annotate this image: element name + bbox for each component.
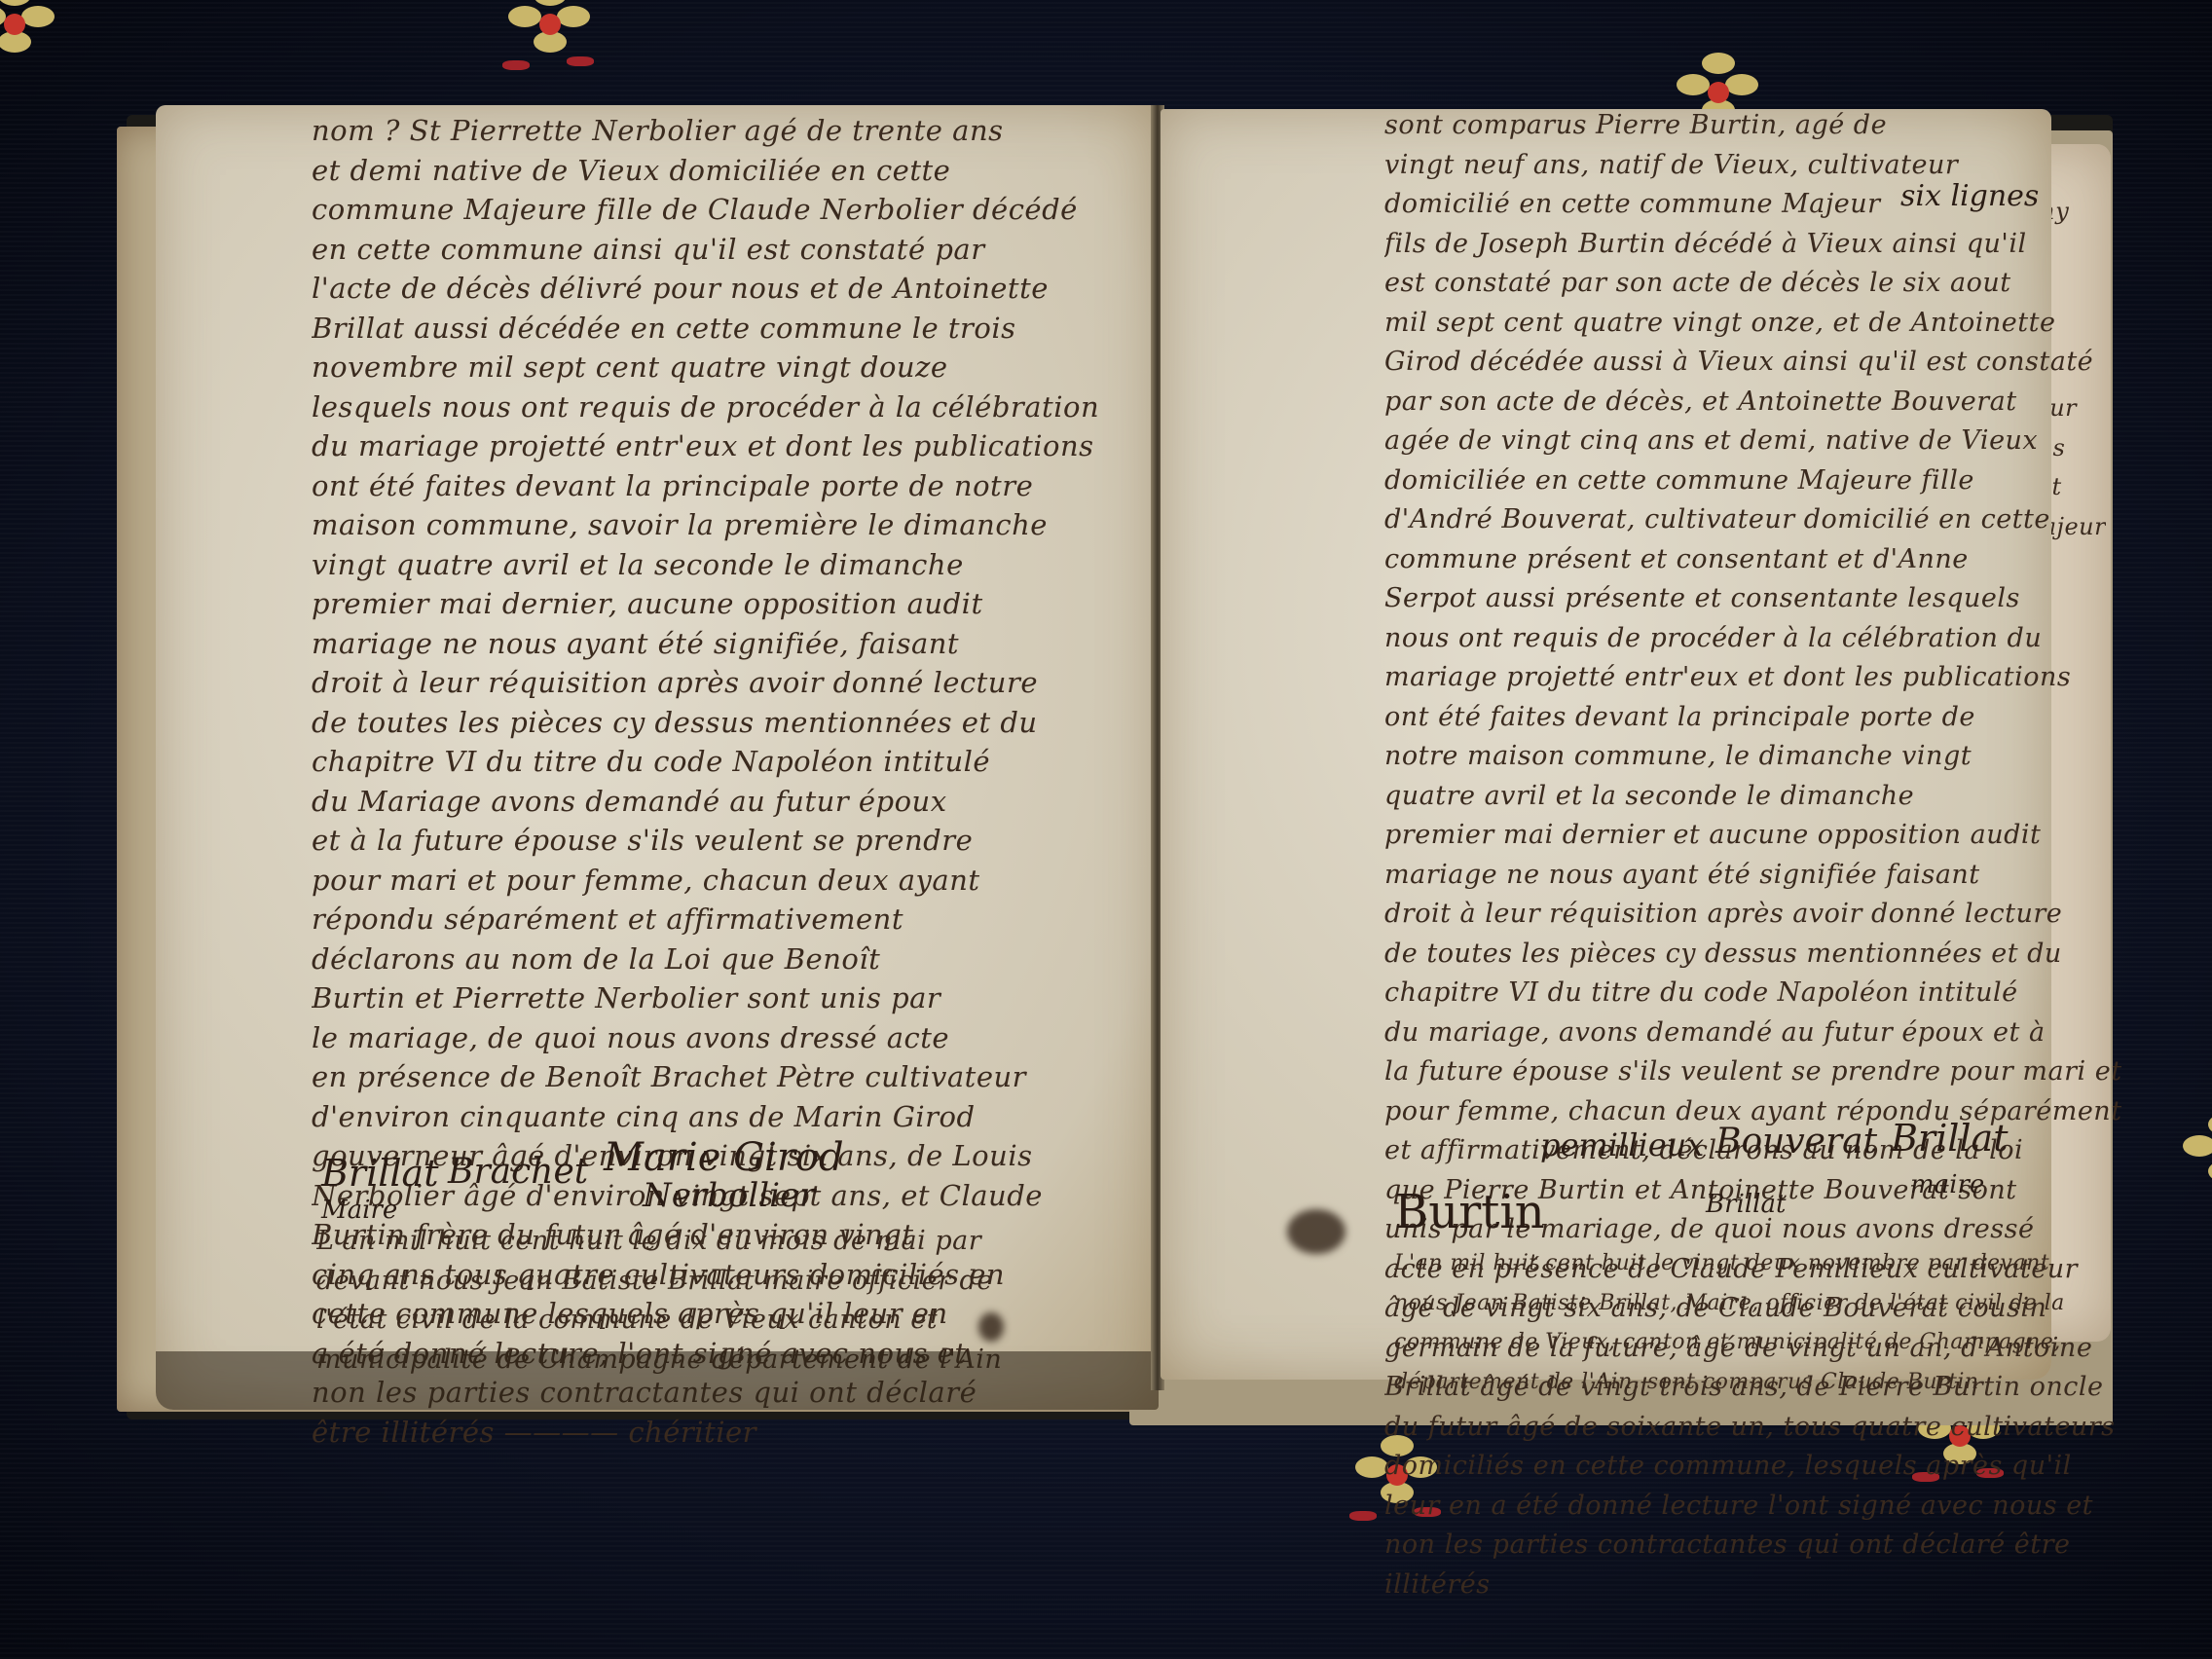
text-line: mariage ne nous ayant été signifiée fais… [1384, 857, 2122, 897]
text-line: pour mari et pour femme, chacun deux aya… [312, 861, 1099, 901]
text-line: d'environ cinquante cinq ans de Marin Gi… [312, 1097, 1099, 1137]
text-line: ont été faites devant la principale port… [1384, 699, 2122, 739]
text-line: et à la future épouse s'ils veulent se p… [312, 821, 1099, 861]
text-line: illitérés [1384, 1567, 2122, 1606]
signature-brillat-2: Brillat [1706, 1190, 1786, 1219]
text-line: domiciliés en cette commune, lesquels ap… [1384, 1448, 2122, 1488]
text-line: commune présent et consentant et d'Anne [1384, 541, 2122, 581]
text-line: est constaté par son acte de décès le si… [1384, 265, 2122, 305]
text-line: du mariage projetté entr'eux et dont les… [312, 426, 1099, 466]
signature-brillat: Brillat [321, 1152, 438, 1195]
signature-pemillieux: pemillieux [1540, 1126, 1704, 1163]
left-page: nom ? St Pierrette Nerbolier agé de tren… [156, 105, 1159, 1410]
text-line: d'André Bouverat, cultivateur domicilié … [1384, 501, 2122, 541]
text-line: Girod décédée aussi à Vieux ainsi qu'il … [1384, 344, 2122, 384]
signature-brillat: Brillat [1891, 1117, 2008, 1160]
text-line: Serpot aussi présente et consentante les… [1384, 580, 2122, 620]
text-line: déclarons au nom de la Loi que Benoît [312, 940, 1099, 979]
text-line: le mariage, de quoi nous avons dressé ac… [312, 1018, 1099, 1058]
embroidered-flower-icon [2181, 1110, 2212, 1198]
open-register-book: quante deux Phy Majeur naire avec vingt … [97, 105, 2122, 1424]
damaged-page-edge [156, 1351, 1159, 1410]
text-line: chapitre VI du titre du code Napoléon in… [1384, 975, 2122, 1014]
text-line: mariage projetté entr'eux et dont les pu… [1384, 659, 2122, 699]
text-line: du mariage, avons demandé au futur époux… [1384, 1014, 2122, 1054]
text-line: ont été faites devant la principale port… [312, 466, 1099, 506]
ink-stain [978, 1312, 1004, 1342]
ink-blot [1287, 1209, 1346, 1254]
text-line: du futur âgé de soixante un, tous quatre… [1384, 1409, 2122, 1449]
text-line: droit à leur réquisition après avoir don… [312, 663, 1099, 703]
text-line: sont comparus Pierre Burtin, agé de [1384, 107, 2122, 147]
right-page: sont comparus Pierre Burtin, agé de ving… [1161, 109, 2051, 1380]
text-line: et demi native de Vieux domiciliée en ce… [312, 151, 1099, 191]
text-line: novembre mil sept cent quatre vingt douz… [312, 348, 1099, 387]
text-line: en cette commune ainsi qu'il est constat… [312, 230, 1099, 270]
text-line: non les parties contractantes qui ont dé… [1384, 1527, 2122, 1567]
text-line: devant nous Jean Batiste Brillat maire o… [316, 1263, 1002, 1303]
text-line: par son acte de décès, et Antoinette Bou… [1384, 384, 2122, 424]
embroidered-flower-icon [0, 0, 58, 68]
text-line: nous Jean Batiste Brillat, Maire, offici… [1394, 1288, 2065, 1328]
text-line: nous ont requis de procéder à la célébra… [1384, 620, 2122, 660]
text-line: Brillat aussi décédée en cette commune l… [312, 309, 1099, 349]
text-line: l'état civil de la commune de Vieux cant… [316, 1302, 1002, 1342]
text-line: droit à leur réquisition après avoir don… [1384, 896, 2122, 936]
text-line: commune de Vieux, canton et municipalité… [1394, 1327, 2065, 1367]
text-line: L'an mil huit cent huit le dix du mois d… [316, 1223, 1002, 1263]
text-line: domiciliée en cette commune Majeure fill… [1384, 462, 2122, 502]
signature-burtin: Burtin [1394, 1185, 1545, 1239]
text-line: mariage ne nous ayant été signifiée, fai… [312, 624, 1099, 664]
text-line: maison commune, savoir la première le di… [312, 505, 1099, 545]
text-line: la future épouse s'ils veulent se prendr… [1384, 1053, 2122, 1093]
text-line: fils de Joseph Burtin décédé à Vieux ain… [1384, 226, 2122, 266]
text-line: l'acte de décès délivré pour nous et de … [312, 269, 1099, 309]
text-line: répondu séparément et affirmativement [312, 900, 1099, 940]
text-line: leur en a été donné lecture l'ont signé … [1384, 1488, 2122, 1528]
text-line: mil sept cent quatre vingt onze, et de A… [1384, 305, 2122, 345]
text-line: premier mai dernier, aucune opposition a… [312, 584, 1099, 624]
text-line: être illitérés ———— chéritier [312, 1413, 1099, 1453]
signature-maire: Maire [321, 1196, 397, 1225]
embroidered-flower-icon [506, 0, 594, 68]
signature-brachet: Brachet [448, 1152, 588, 1192]
margin-note: six lignes [1900, 179, 2039, 213]
text-line: premier mai dernier et aucune opposition… [1384, 817, 2122, 857]
text-line: lesquels nous ont requis de procéder à l… [312, 387, 1099, 427]
text-line: de toutes les pièces cy dessus mentionné… [312, 703, 1099, 743]
signature-nerbollier: Nerbollier [643, 1176, 815, 1215]
text-line: vingt quatre avril et la seconde le dima… [312, 545, 1099, 585]
text-line: L'an mil huit cent huit le vingt deux no… [1394, 1248, 2065, 1288]
right-next-entry: L'an mil huit cent huit le vingt deux no… [1394, 1248, 2065, 1406]
signature-maire: maire [1910, 1170, 1984, 1199]
text-line: du Mariage avons demandé au futur époux [312, 782, 1099, 822]
text-line: Burtin et Pierrette Nerbolier sont unis … [312, 978, 1099, 1018]
text-line: nom ? St Pierrette Nerbolier agé de tren… [312, 111, 1099, 151]
text-line: commune Majeure fille de Claude Nerbolie… [312, 190, 1099, 230]
text-line: quatre avril et la seconde le dimanche [1384, 778, 2122, 818]
signature-bouverat: Bouverat [1715, 1122, 1877, 1161]
text-line: en présence de Benoît Brachet Pètre cult… [312, 1057, 1099, 1097]
text-line: département de l'Ain, sont comparus Clau… [1394, 1367, 2065, 1407]
text-line: agée de vingt cinq ans et demi, native d… [1384, 423, 2122, 462]
signature-marie-girod: Marie Girod [604, 1135, 844, 1180]
text-line: notre maison commune, le dimanche vingt [1384, 738, 2122, 778]
text-line: chapitre VI du titre du code Napoléon in… [312, 742, 1099, 782]
text-line: de toutes les pièces cy dessus mentionné… [1384, 936, 2122, 976]
